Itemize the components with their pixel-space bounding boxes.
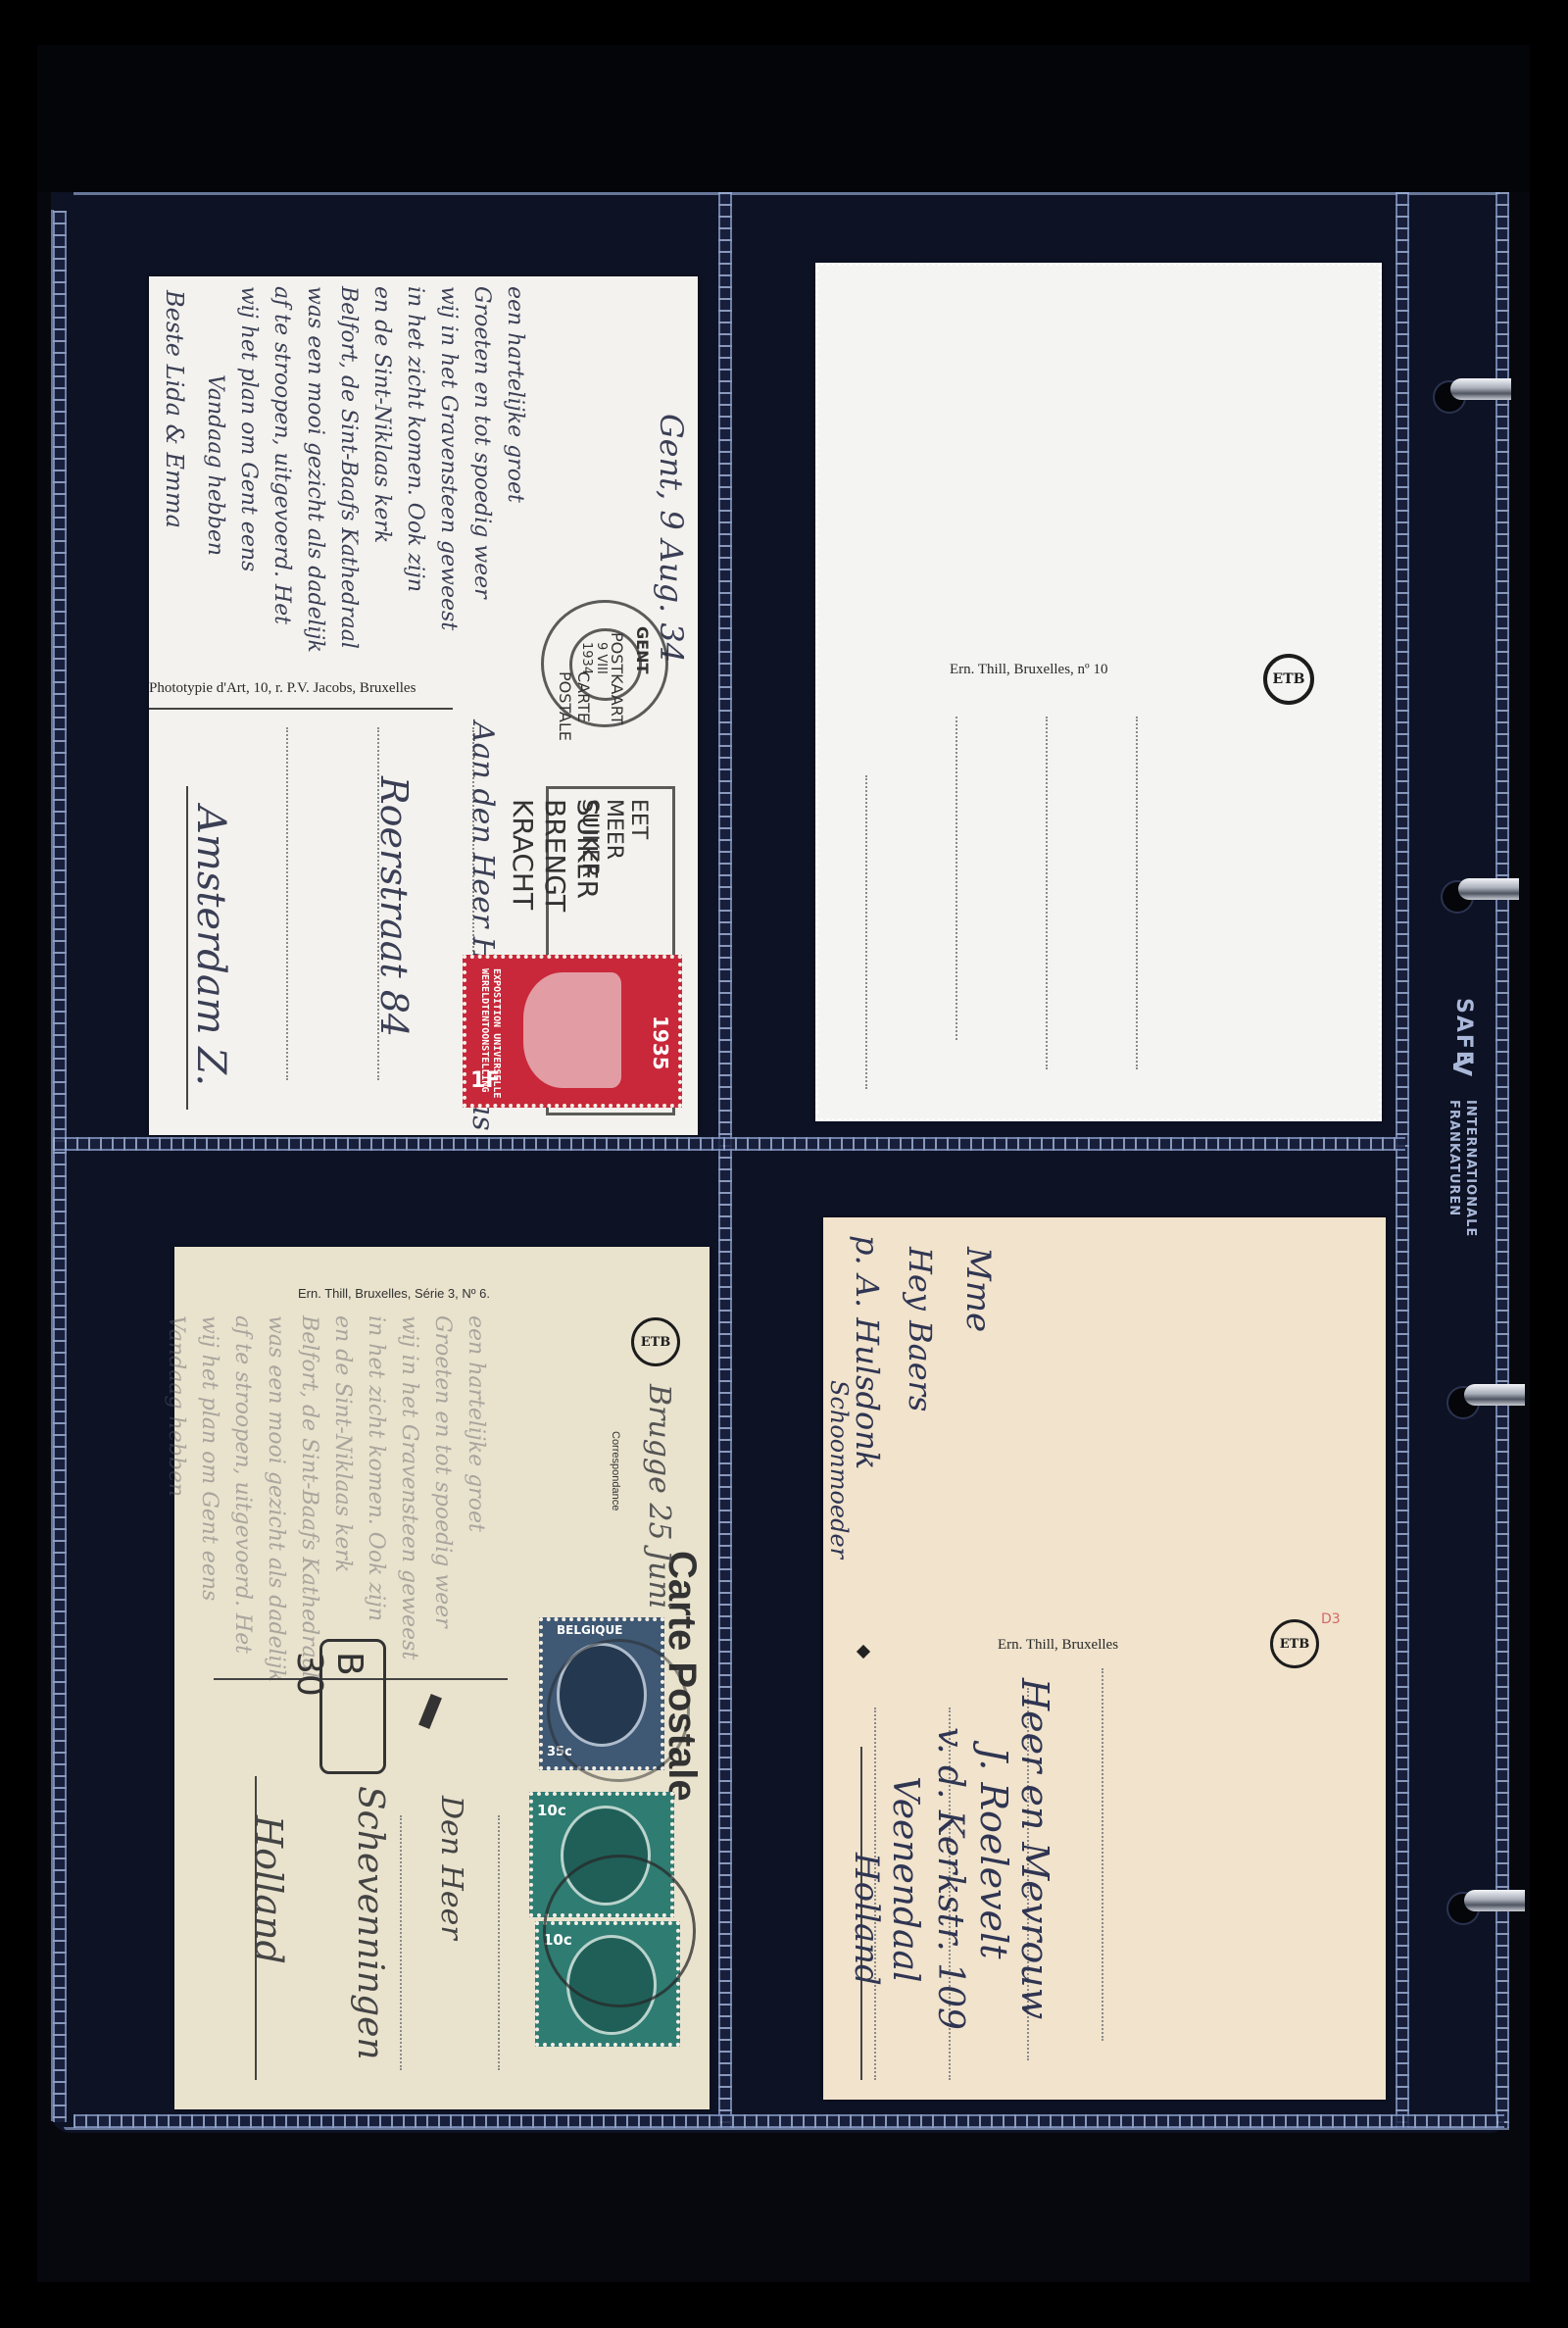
handwritten-message-line: en de Sint-Niklaas kerk — [369, 286, 394, 543]
publisher-imprint: Ern. Thill, Bruxelles, Série 3, Nº 6. — [298, 1286, 490, 1301]
address-line-1: Den Heer — [434, 1796, 468, 1940]
address-dotted-line — [286, 727, 288, 1080]
spine-letter: V — [1446, 1057, 1476, 1076]
address-dotted-line — [1136, 717, 1138, 1069]
publisher-imprint: Ern. Thill, Bruxelles — [998, 1637, 1118, 1654]
handwritten-message-line: wij in het Gravensteen geweest — [436, 286, 461, 630]
spine-text-2: FRANKATUREN — [1446, 1100, 1461, 1216]
postcard-bottom-right[interactable]: Ern. Thill, Bruxelles ETB D3 Mme Hey Bae… — [823, 1217, 1386, 2100]
handwritten-date: Brugge 25 Juni — [642, 1384, 676, 1609]
stamp-expo-1935: EXPOSITION UNIVERSELLE WERELDTENTOONSTEL… — [463, 955, 682, 1108]
binder-ring — [1433, 374, 1509, 414]
address-line-4: Veenendaal — [885, 1776, 925, 1982]
etb-logo-icon: ETB — [1263, 654, 1314, 705]
postmark-gent: GENT POSTKAART 9 VIII 1934 CARTE POSTALE — [541, 600, 668, 727]
sleeve-top-edge — [73, 192, 1499, 195]
handwritten-message-line: een hartelijke groet — [503, 286, 527, 503]
pencil-note: D3 — [1321, 1611, 1341, 1627]
stitch-center-vertical — [718, 192, 732, 2128]
divider-line — [149, 708, 453, 710]
stitch-left — [53, 211, 67, 2122]
postcard-top-left[interactable]: Gent, 9 Aug. 34 Beste Lida & Emma Vandaa… — [149, 276, 698, 1135]
stamp-building-illustration — [523, 972, 621, 1088]
pencil-line: een hartelijke groet — [464, 1315, 488, 1532]
binder-ring — [1446, 1886, 1523, 1925]
publisher-imprint: Ern. Thill, Bruxelles, nº 10 — [950, 662, 1107, 678]
postmark-circle — [547, 1639, 690, 1782]
address-dotted-line — [955, 717, 957, 1040]
postcard-bottom-left[interactable]: Ern. Thill, Bruxelles, Série 3, Nº 6. ET… — [174, 1247, 710, 2109]
stitch-center-horizontal — [53, 1137, 1405, 1151]
handwritten-message-line: Groeten en tot spoedig weer — [469, 286, 494, 599]
sender-line-3: p. A. Hulsdonk — [849, 1235, 886, 1469]
sender-line-4: Schoonmoeder — [825, 1380, 853, 1559]
sender-line-2: Hey Baers — [902, 1247, 939, 1412]
address-dotted-line — [1102, 1668, 1103, 2041]
pencil-line: wij in het Gravensteen geweest — [397, 1315, 421, 1659]
pencil-line: af te stroopen, uitgevoerd. Het — [230, 1315, 255, 1654]
pencil-line: wij het plan om Gent eens — [197, 1315, 221, 1601]
address-dotted-line — [498, 1815, 500, 2070]
handwritten-message-line: wij het plan om Gent eens — [236, 286, 261, 571]
stitch-right-outer — [1495, 192, 1509, 2128]
handwritten-date: Gent, 9 Aug. 34 — [653, 414, 690, 663]
address-line-2: J. Roelevelt — [972, 1747, 1015, 1958]
spine-label: SAFE V INTERNATIONALE FRANKATUREN — [1429, 990, 1488, 1313]
address-dotted-line — [865, 775, 867, 1089]
pencil-line: Vandaag hebben — [164, 1315, 188, 1497]
handwritten-message-line: in het zicht komen. Ook zijn — [403, 286, 427, 592]
address-line-5: Holland — [847, 1853, 886, 1986]
tax-mark — [418, 1694, 442, 1729]
handwritten-message-line: af te stroopen, uitgevoerd. Het — [269, 286, 294, 624]
pencil-line: en de Sint-Niklaas kerk — [330, 1315, 355, 1572]
stitch-bottom — [73, 2114, 1504, 2128]
handwritten-greeting: Beste Lida & Emma — [161, 290, 188, 528]
handwritten-message-line: Vandaag hebben — [203, 374, 227, 556]
etb-logo-icon: ETB — [631, 1317, 680, 1366]
sender-line-1: Mme — [958, 1247, 998, 1332]
address-line-3: Holland — [247, 1815, 290, 1964]
handwritten-message-line: was een mooi gezicht als dadelijk — [303, 286, 327, 653]
pencil-line: was een mooi gezicht als dadelijk — [264, 1315, 288, 1682]
address-line-2: Roerstraat 84 — [372, 776, 416, 1037]
pencil-line: in het zicht komen. Ook zijn — [364, 1315, 388, 1621]
stitch-right-inner — [1396, 192, 1409, 2128]
diamond-mark — [857, 1645, 870, 1659]
address-line-3: Amsterdam Z. — [188, 806, 233, 1086]
handwritten-message-line: Belfort, de Sint-Baafs Kathedraal — [336, 286, 361, 649]
registration-box: B 30 — [319, 1639, 386, 1774]
address-line-3: v. d. Kerkstr. 109 — [930, 1727, 970, 2030]
correspondence-label: Correspondance — [610, 1431, 621, 1511]
address-dotted-line — [400, 1815, 402, 2070]
address-dotted-line — [1046, 717, 1048, 1069]
pencil-line: Groeten en tot spoedig weer — [430, 1315, 455, 1628]
binder-ring — [1441, 874, 1517, 914]
etb-logo-icon: ETB — [1270, 1619, 1319, 1668]
publisher-imprint: Phototypie d'Art, 10, r. P.V. Jacobs, Br… — [149, 680, 416, 697]
address-line-2: Schevenningen — [350, 1786, 390, 2060]
spine-text-1: INTERNATIONALE — [1463, 1100, 1478, 1237]
pencil-line: Belfort, de Sint-Baafs Kathedraal — [297, 1315, 321, 1678]
postmark-circle — [543, 1855, 696, 2007]
album-board-top — [37, 45, 1530, 192]
postcard-top-right[interactable]: Ern. Thill, Bruxelles, nº 10 ETB — [815, 263, 1382, 1121]
address-line-1: Heer en Mevrouw — [1013, 1678, 1056, 2019]
binder-ring — [1446, 1380, 1523, 1419]
